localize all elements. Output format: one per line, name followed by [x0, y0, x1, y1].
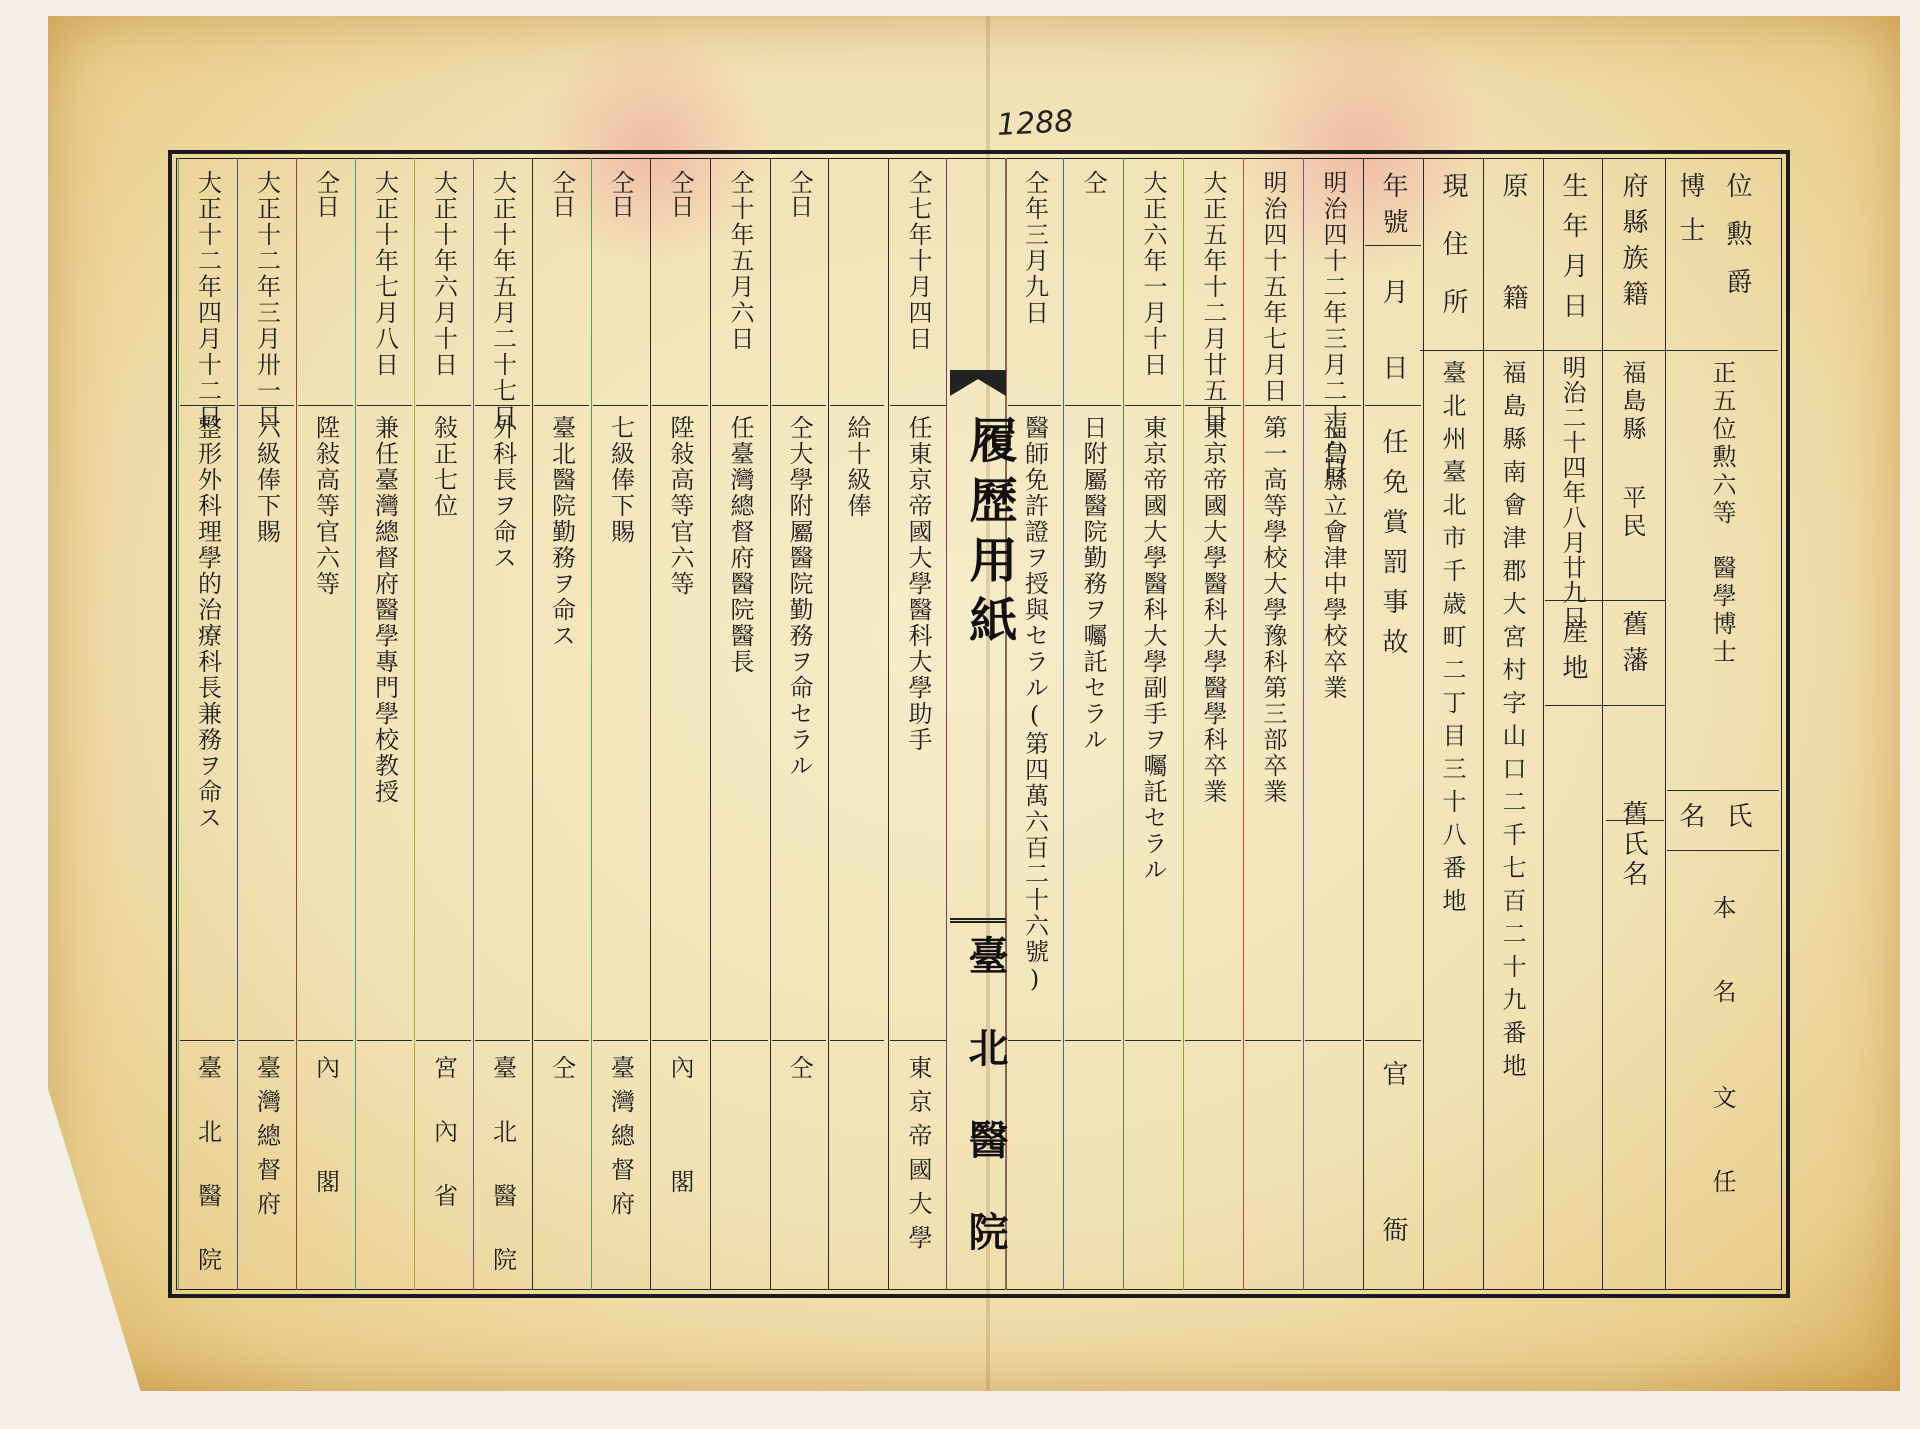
- divider: [237, 158, 238, 1290]
- office-label: 官衙: [1380, 1060, 1406, 1372]
- history-date: 仝日: [787, 170, 811, 218]
- divider: [1602, 158, 1603, 1290]
- divider: [473, 158, 474, 1290]
- divider: [534, 1040, 589, 1041]
- divider: [1123, 158, 1124, 1290]
- history-date: 仝日: [550, 170, 574, 218]
- history-date: 大正十年五月二十七日: [491, 170, 515, 430]
- history-office: 仝: [787, 1055, 811, 1169]
- history-office: 內閣: [314, 1055, 338, 1283]
- history-date: 仝年三月九日: [1023, 170, 1047, 326]
- divider: [1243, 158, 1244, 1290]
- divider: [830, 405, 884, 406]
- divider: [298, 1040, 353, 1041]
- form-title: 履歷用紙: [955, 415, 1024, 655]
- history-event: 臺北醫院勤務ヲ命ス: [550, 415, 574, 649]
- history-event: 任東京帝國大學醫科大學助手: [906, 415, 930, 753]
- divider: [1667, 850, 1779, 851]
- divider: [532, 158, 533, 1290]
- residence-label: 現住所: [1440, 172, 1466, 346]
- divider: [1305, 1040, 1361, 1041]
- history-date: 大正十二年四月十二日: [196, 170, 220, 430]
- history-office: 臺北醫院: [196, 1055, 220, 1311]
- history-date: 仝日: [668, 170, 692, 218]
- divider: [888, 158, 889, 1290]
- residence-value: 臺北州臺北市千歳町二丁目三十八番地: [1440, 360, 1464, 921]
- divider: [1420, 350, 1778, 351]
- divider: [1008, 405, 1061, 406]
- history-event: 整形外科理學的治療科長兼務ヲ命ス: [196, 415, 220, 831]
- history-office: 臺北醫院: [491, 1055, 515, 1311]
- history-date: 仝日: [609, 170, 633, 218]
- divider: [593, 1040, 648, 1041]
- history-date: 大正六年一月十日: [1141, 170, 1165, 378]
- history-event: 日附屬醫院勤務ヲ囑託セラル: [1081, 415, 1105, 753]
- divider: [1245, 1040, 1301, 1041]
- real-name-label: 本名: [1710, 895, 1734, 1063]
- divider: [652, 405, 708, 406]
- divider: [772, 1040, 826, 1041]
- history-event: 外科長ヲ命ス: [491, 415, 515, 571]
- history-event: 陞敍高等官六等: [314, 415, 338, 597]
- divider: [1423, 158, 1424, 1290]
- divider: [1008, 1040, 1061, 1041]
- domicile-value: 福島縣南會津郡大宮村字山口二千七百二十九番地: [1500, 360, 1524, 1086]
- institution-name: 臺北醫院: [957, 935, 1014, 1303]
- divider: [890, 1040, 946, 1041]
- divider: [357, 405, 412, 406]
- history-event: 福島縣立會津中學校卒業: [1321, 415, 1345, 701]
- divider: [710, 158, 711, 1290]
- divider: [1667, 790, 1779, 791]
- divider: [828, 158, 829, 1290]
- divider: [1063, 158, 1064, 1290]
- status-value: 平民: [1620, 485, 1644, 541]
- divider: [1303, 158, 1304, 1290]
- divider: [591, 158, 592, 1290]
- divider: [178, 158, 179, 1290]
- divider: [712, 405, 768, 406]
- history-event: 任臺灣總督府醫院醫長: [728, 415, 752, 675]
- divider: [416, 405, 471, 406]
- history-office: 臺灣總督府: [609, 1055, 633, 1225]
- history-date: 明治四十五年七月日: [1261, 170, 1285, 404]
- divider: [770, 158, 771, 1290]
- history-event: 陞敍高等官六等: [668, 415, 692, 597]
- history-event: 給十級俸: [845, 415, 869, 519]
- divider: [1125, 405, 1181, 406]
- divider: [296, 158, 297, 1290]
- divider: [1365, 1040, 1421, 1041]
- history-date: 大正十年六月十日: [432, 170, 456, 378]
- history-office: 臺灣總督府: [255, 1055, 279, 1225]
- history-event: 東京帝國大學醫科大學副手ヲ囑託セラル: [1141, 415, 1165, 883]
- history-event: 仝大學附屬醫院勤務ヲ命セラル: [787, 415, 811, 779]
- name-value: 文任: [1710, 1085, 1734, 1253]
- handwritten-page-number: 1288: [996, 104, 1074, 143]
- divider: [1245, 405, 1301, 406]
- birth-label: 生年月日: [1560, 172, 1586, 332]
- era-label: 年號: [1380, 172, 1406, 244]
- degree-label: 博士: [1677, 172, 1703, 260]
- history-date: 大正五年十二月廿五日: [1201, 170, 1225, 430]
- divider: [1185, 1040, 1241, 1041]
- history-event: 七級俸下賜: [609, 415, 633, 545]
- history-date: 仝日: [314, 170, 338, 218]
- divider: [1365, 245, 1421, 246]
- name-label-char1: 氏: [1724, 802, 1750, 828]
- month-day-label: 月日: [1380, 278, 1406, 430]
- divider: [830, 1040, 884, 1041]
- divider: [416, 1040, 471, 1041]
- history-event: 東京帝國大學醫科大學醫學科卒業: [1201, 415, 1225, 805]
- divider: [1665, 158, 1666, 1290]
- degree-value: 醫學博士: [1710, 555, 1734, 667]
- divider: [357, 1040, 412, 1041]
- divider: [475, 1040, 530, 1041]
- divider: [1065, 405, 1121, 406]
- history-date: 大正十年七月八日: [373, 170, 397, 378]
- birth-value: 明治二十四年八月廿九日: [1560, 355, 1584, 630]
- divider: [772, 405, 826, 406]
- history-date: 仝七年十月四日: [906, 170, 930, 352]
- divider: [1125, 1040, 1181, 1041]
- prefecture-status-label: 府縣族籍: [1620, 172, 1646, 316]
- history-date: 大正十二年三月卅一日: [255, 170, 279, 430]
- divider: [1543, 158, 1544, 1290]
- divider: [534, 405, 589, 406]
- history-event: 敍正七位: [432, 415, 456, 519]
- divider: [1363, 158, 1364, 1290]
- divider: [1545, 705, 1665, 706]
- divider: [1183, 158, 1184, 1290]
- history-event: 醫師免許證ヲ授與セラル(第四萬六百二十六號): [1023, 415, 1047, 995]
- rank-value: 正五位勲六等: [1710, 360, 1734, 528]
- prefecture-value: 福島縣: [1620, 360, 1644, 444]
- history-office: 仝: [550, 1055, 574, 1169]
- divider: [414, 158, 415, 1290]
- divider: [355, 158, 356, 1290]
- history-event: 第一高等學校大學豫科第三部卒業: [1261, 415, 1285, 805]
- history-office: 內閣: [668, 1055, 692, 1283]
- divider: [1483, 158, 1484, 1290]
- rank-label: 位勲爵: [1724, 172, 1750, 316]
- divider: [298, 405, 353, 406]
- former-name-label: 舊氏名: [1620, 800, 1646, 890]
- event-label: 任免賞罰事故: [1380, 428, 1406, 668]
- double-rule: [950, 918, 1006, 923]
- former-domain-label: 舊藩: [1620, 610, 1646, 682]
- history-office: 東京帝國大學: [906, 1055, 930, 1259]
- divider: [652, 1040, 708, 1041]
- history-event: 兼任臺灣總督府醫學專門學校教授: [373, 415, 397, 805]
- divider: [650, 158, 651, 1290]
- birthplace-label: 産地: [1560, 618, 1586, 690]
- divider: [890, 405, 946, 406]
- divider: [239, 1040, 294, 1041]
- divider: [593, 405, 648, 406]
- history-date: 仝: [1081, 170, 1105, 194]
- history-date: 仝十年五月六日: [728, 170, 752, 352]
- divider: [180, 1040, 235, 1041]
- divider: [712, 1040, 768, 1041]
- name-label-char2: 名: [1677, 802, 1703, 828]
- history-office: 宮內省: [432, 1055, 456, 1247]
- divider: [946, 158, 947, 1290]
- history-event: 六級俸下賜: [255, 415, 279, 545]
- divider: [1065, 1040, 1121, 1041]
